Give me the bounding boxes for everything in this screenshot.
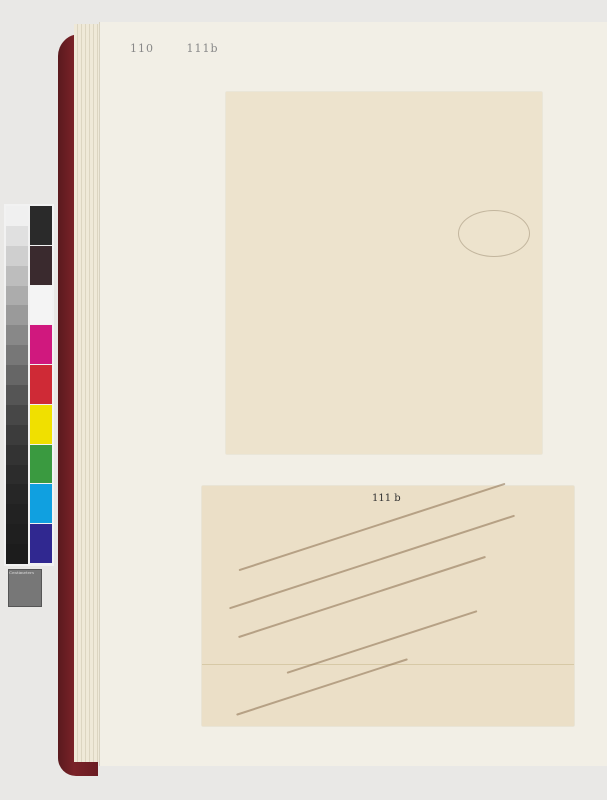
gray-step <box>6 524 28 544</box>
gray-step <box>6 544 28 564</box>
color-swatch <box>30 206 52 245</box>
gray-step <box>6 465 28 485</box>
page-number-right: 111b <box>187 42 219 55</box>
page-number-left: 110 <box>130 42 154 55</box>
color-swatch <box>30 325 52 364</box>
gray-step <box>6 226 28 246</box>
gray-step <box>6 385 28 405</box>
gray-step <box>6 504 28 524</box>
handwriting <box>236 658 408 716</box>
gray-step <box>6 325 28 345</box>
gray-step <box>6 445 28 465</box>
scale-label: Centimeters <box>9 570 34 575</box>
gray-step <box>6 365 28 385</box>
gray-step <box>6 345 28 365</box>
color-target <box>4 204 54 566</box>
color-swatch <box>30 246 52 285</box>
color-swatch <box>30 484 52 523</box>
color-swatch <box>30 365 52 404</box>
letter-lower <box>202 486 574 726</box>
color-swatch <box>30 286 52 325</box>
gray-step <box>6 246 28 266</box>
gray-step <box>6 286 28 306</box>
color-swatch <box>30 445 52 484</box>
gray-step <box>6 305 28 325</box>
gray-step <box>6 484 28 504</box>
scale-tag: Centimeters <box>8 569 42 607</box>
gray-step <box>6 206 28 226</box>
color-swatch <box>30 524 52 563</box>
item-label: 111 b <box>372 493 401 504</box>
gray-step <box>6 266 28 286</box>
gray-step <box>6 405 28 425</box>
handwriting <box>238 556 486 638</box>
letter-upper <box>226 92 542 454</box>
monogram <box>458 210 530 257</box>
page-numbers: 110 111b <box>130 42 247 55</box>
color-swatch <box>30 405 52 444</box>
gray-step <box>6 425 28 445</box>
